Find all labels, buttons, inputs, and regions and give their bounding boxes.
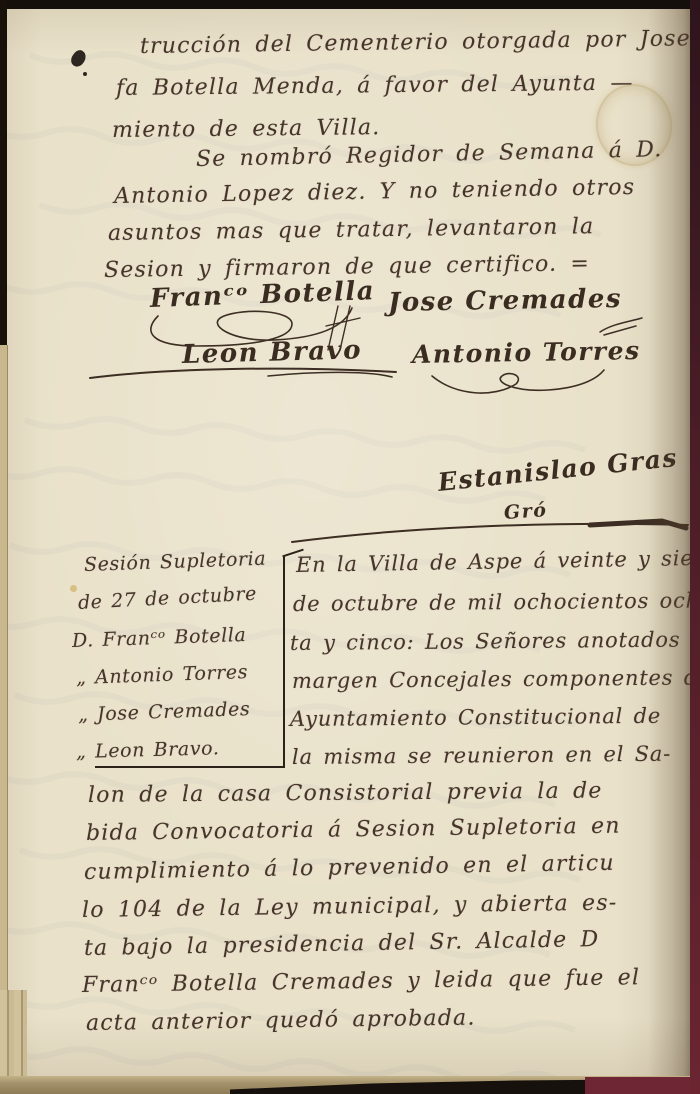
margin-note-line: „ Leon Bravo. [76, 737, 220, 763]
manuscript-line: miento de esta Villa. [112, 115, 381, 143]
manuscript-line: bida Convocatoria á Sesion Supletoria en [86, 814, 621, 846]
manuscript-line: de octubre de mil ochocientos ochen [293, 588, 700, 616]
manuscript-line: acta anterior quedó aprobada. [86, 1006, 476, 1036]
manuscript-page: trucción del Cementerio otorgada por Jos… [0, 0, 700, 1094]
manuscript-line: cumplimiento á lo prevenido en el articu [84, 851, 615, 885]
margin-note-line: „ Antonio Torres [76, 661, 249, 689]
secretary-flourish-line [290, 514, 694, 548]
manuscript-line: ta y cinco: Los Señores anotados al [290, 627, 700, 655]
manuscript-line: lon de la casa Consistorial previa la de [88, 779, 603, 808]
manuscript-line: trucción del Cementerio otorgada por Jos… [140, 26, 691, 59]
manuscript-line: En la Villa de Aspe á veinte y siete [296, 546, 700, 577]
manuscript-line: fa Botella Menda, á favor del Ayunta — [116, 71, 634, 101]
manuscript-line: Ayuntamiento Constitucional de [290, 704, 661, 731]
margin-bracket-vertical [283, 556, 285, 768]
signature-jose-cremades: Jose Cremades [388, 284, 623, 318]
margin-note-line: Sesión Supletoria [84, 548, 267, 576]
cover-corner-maroon [585, 1077, 700, 1094]
scan-edge-top [0, 0, 700, 9]
signature-rubric [598, 316, 644, 336]
manuscript-line: Franᶜᵒ Botella Cremades y leida que fue … [82, 965, 641, 998]
cover-edge-right [690, 0, 700, 1094]
margin-note-line: de 27 de octubre [77, 583, 257, 614]
signature-antonio-torres: Antonio Torres [412, 336, 641, 369]
ink-blot [68, 48, 89, 69]
manuscript-line: lo 104 de la Ley municipal, y abierta es… [82, 891, 618, 923]
manuscript-line: asuntos mas que tratar, levantaron la [108, 214, 595, 246]
foxing-spot [70, 585, 77, 592]
manuscript-line: la misma se reunieron en el Sa- [292, 742, 671, 769]
signature-flourish [428, 366, 608, 402]
page-edge-left [0, 345, 8, 1082]
manuscript-line: Antonio Lopez diez. Y no teniendo otros [114, 175, 636, 209]
ink-dot [83, 72, 87, 76]
manuscript-line: ta bajo la presidencia del Sr. Alcalde D [84, 927, 600, 961]
margin-note-line: „ Jose Cremades [78, 698, 251, 726]
signature-underline [88, 362, 400, 384]
margin-note-line: D. Franᶜᵒ Botella [72, 624, 247, 652]
manuscript-line: margen Concejales componentes del [292, 665, 700, 693]
signature-secretary: Estanislao Gras [436, 443, 679, 497]
scan-edge-left [0, 0, 7, 345]
page-stack-corner [0, 990, 27, 1082]
manuscript-line: Se nombró Regidor de Semana á D. [196, 137, 663, 172]
margin-bracket-bottom [95, 766, 285, 768]
